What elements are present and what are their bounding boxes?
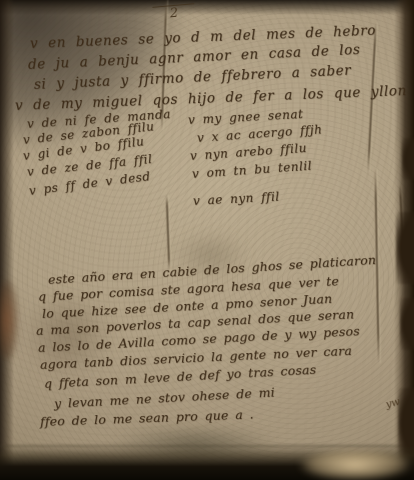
- highlight-bottom-right: [300, 450, 410, 480]
- torn-bite-right-1: [402, 138, 414, 180]
- page-edge-top: [0, 0, 414, 15]
- page-edge-left: [0, 0, 14, 480]
- parchment-page: 2 v en buenes se yo d m del mes de hebro…: [0, 0, 414, 480]
- torn-flap-left: [0, 280, 18, 360]
- manuscript-photo: 2 v en buenes se yo d m del mes de hebro…: [0, 0, 414, 480]
- torn-bite-right-3: [400, 298, 414, 350]
- torn-bite-right-2: [396, 212, 414, 284]
